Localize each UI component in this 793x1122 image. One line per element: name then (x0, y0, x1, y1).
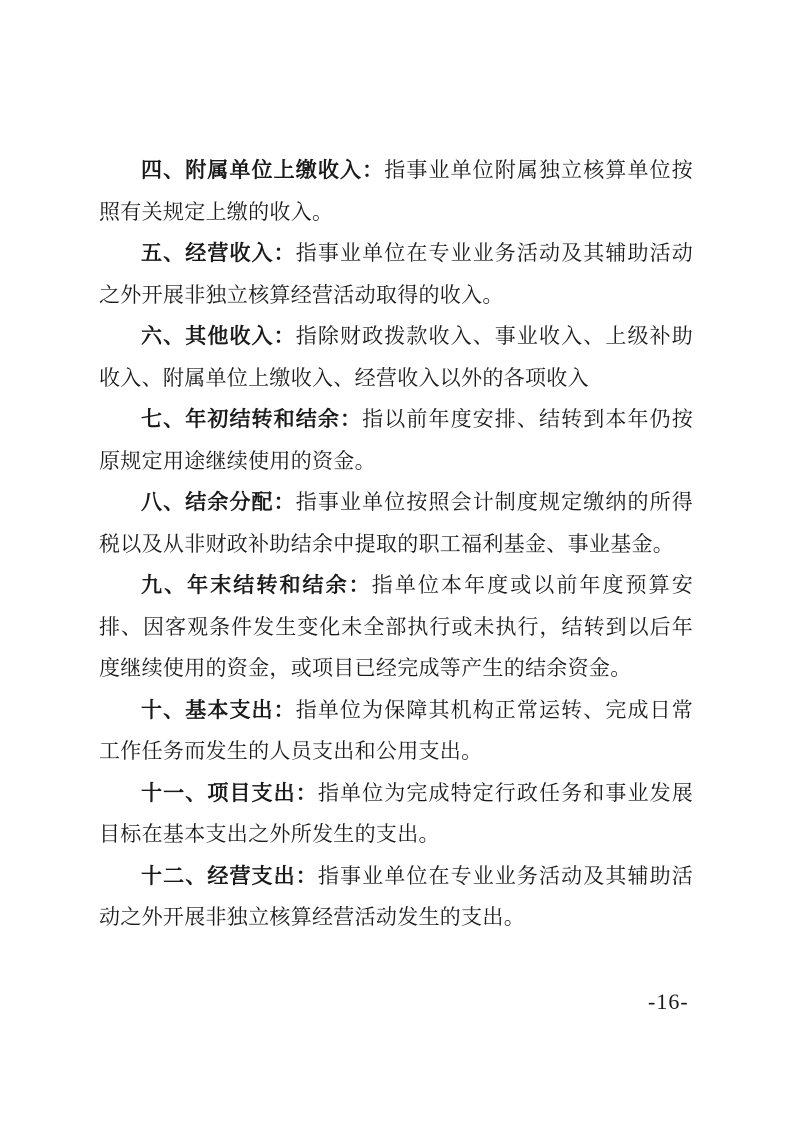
definition-paragraph: 十、基本支出：指单位为保障其机构正常运转、完成日常工作任务而发生的人员支出和公用… (99, 690, 693, 773)
term-label: 十二、经营支出： (141, 865, 318, 888)
definition-paragraph: 十二、经营支出：指事业单位在专业业务活动及其辅助活动之外开展非独立核算经营活动发… (99, 856, 693, 939)
page-number: -16- (648, 989, 689, 1015)
term-label: 四、附属单位上缴收入： (141, 159, 384, 182)
term-label: 九、年末结转和结余： (141, 574, 372, 597)
definition-paragraph: 九、年末结转和结余：指单位本年度或以前年度预算安排、因客观条件发生变化未全部执行… (99, 565, 693, 690)
term-label: 五、经营收入： (141, 242, 296, 265)
document-page: 四、附属单位上缴收入：指事业单位附属独立核算单位按照有关规定上缴的收入。 五、经… (0, 0, 793, 1122)
term-label: 七、年初结转和结余： (141, 408, 362, 431)
definition-paragraph: 六、其他收入：指除财政拨款收入、事业收入、上级补助收入、附属单位上缴收入、经营收… (99, 316, 693, 399)
document-body: 四、附属单位上缴收入：指事业单位附属独立核算单位按照有关规定上缴的收入。 五、经… (99, 150, 693, 939)
term-label: 十、基本支出： (141, 699, 296, 722)
definition-paragraph: 八、结余分配：指事业单位按照会计制度规定缴纳的所得税以及从非财政补助结余中提取的… (99, 482, 693, 565)
definition-paragraph: 五、经营收入：指事业单位在专业业务活动及其辅助活动之外开展非独立核算经营活动取得… (99, 233, 693, 316)
definition-paragraph: 四、附属单位上缴收入：指事业单位附属独立核算单位按照有关规定上缴的收入。 (99, 150, 693, 233)
definition-paragraph: 十一、项目支出：指单位为完成特定行政任务和事业发展目标在基本支出之外所发生的支出… (99, 773, 693, 856)
term-label: 八、结余分配： (141, 491, 296, 514)
term-label: 六、其他收入： (141, 325, 296, 348)
definition-paragraph: 七、年初结转和结余：指以前年度安排、结转到本年仍按原规定用途继续使用的资金。 (99, 399, 693, 482)
term-label: 十一、项目支出： (141, 782, 318, 805)
